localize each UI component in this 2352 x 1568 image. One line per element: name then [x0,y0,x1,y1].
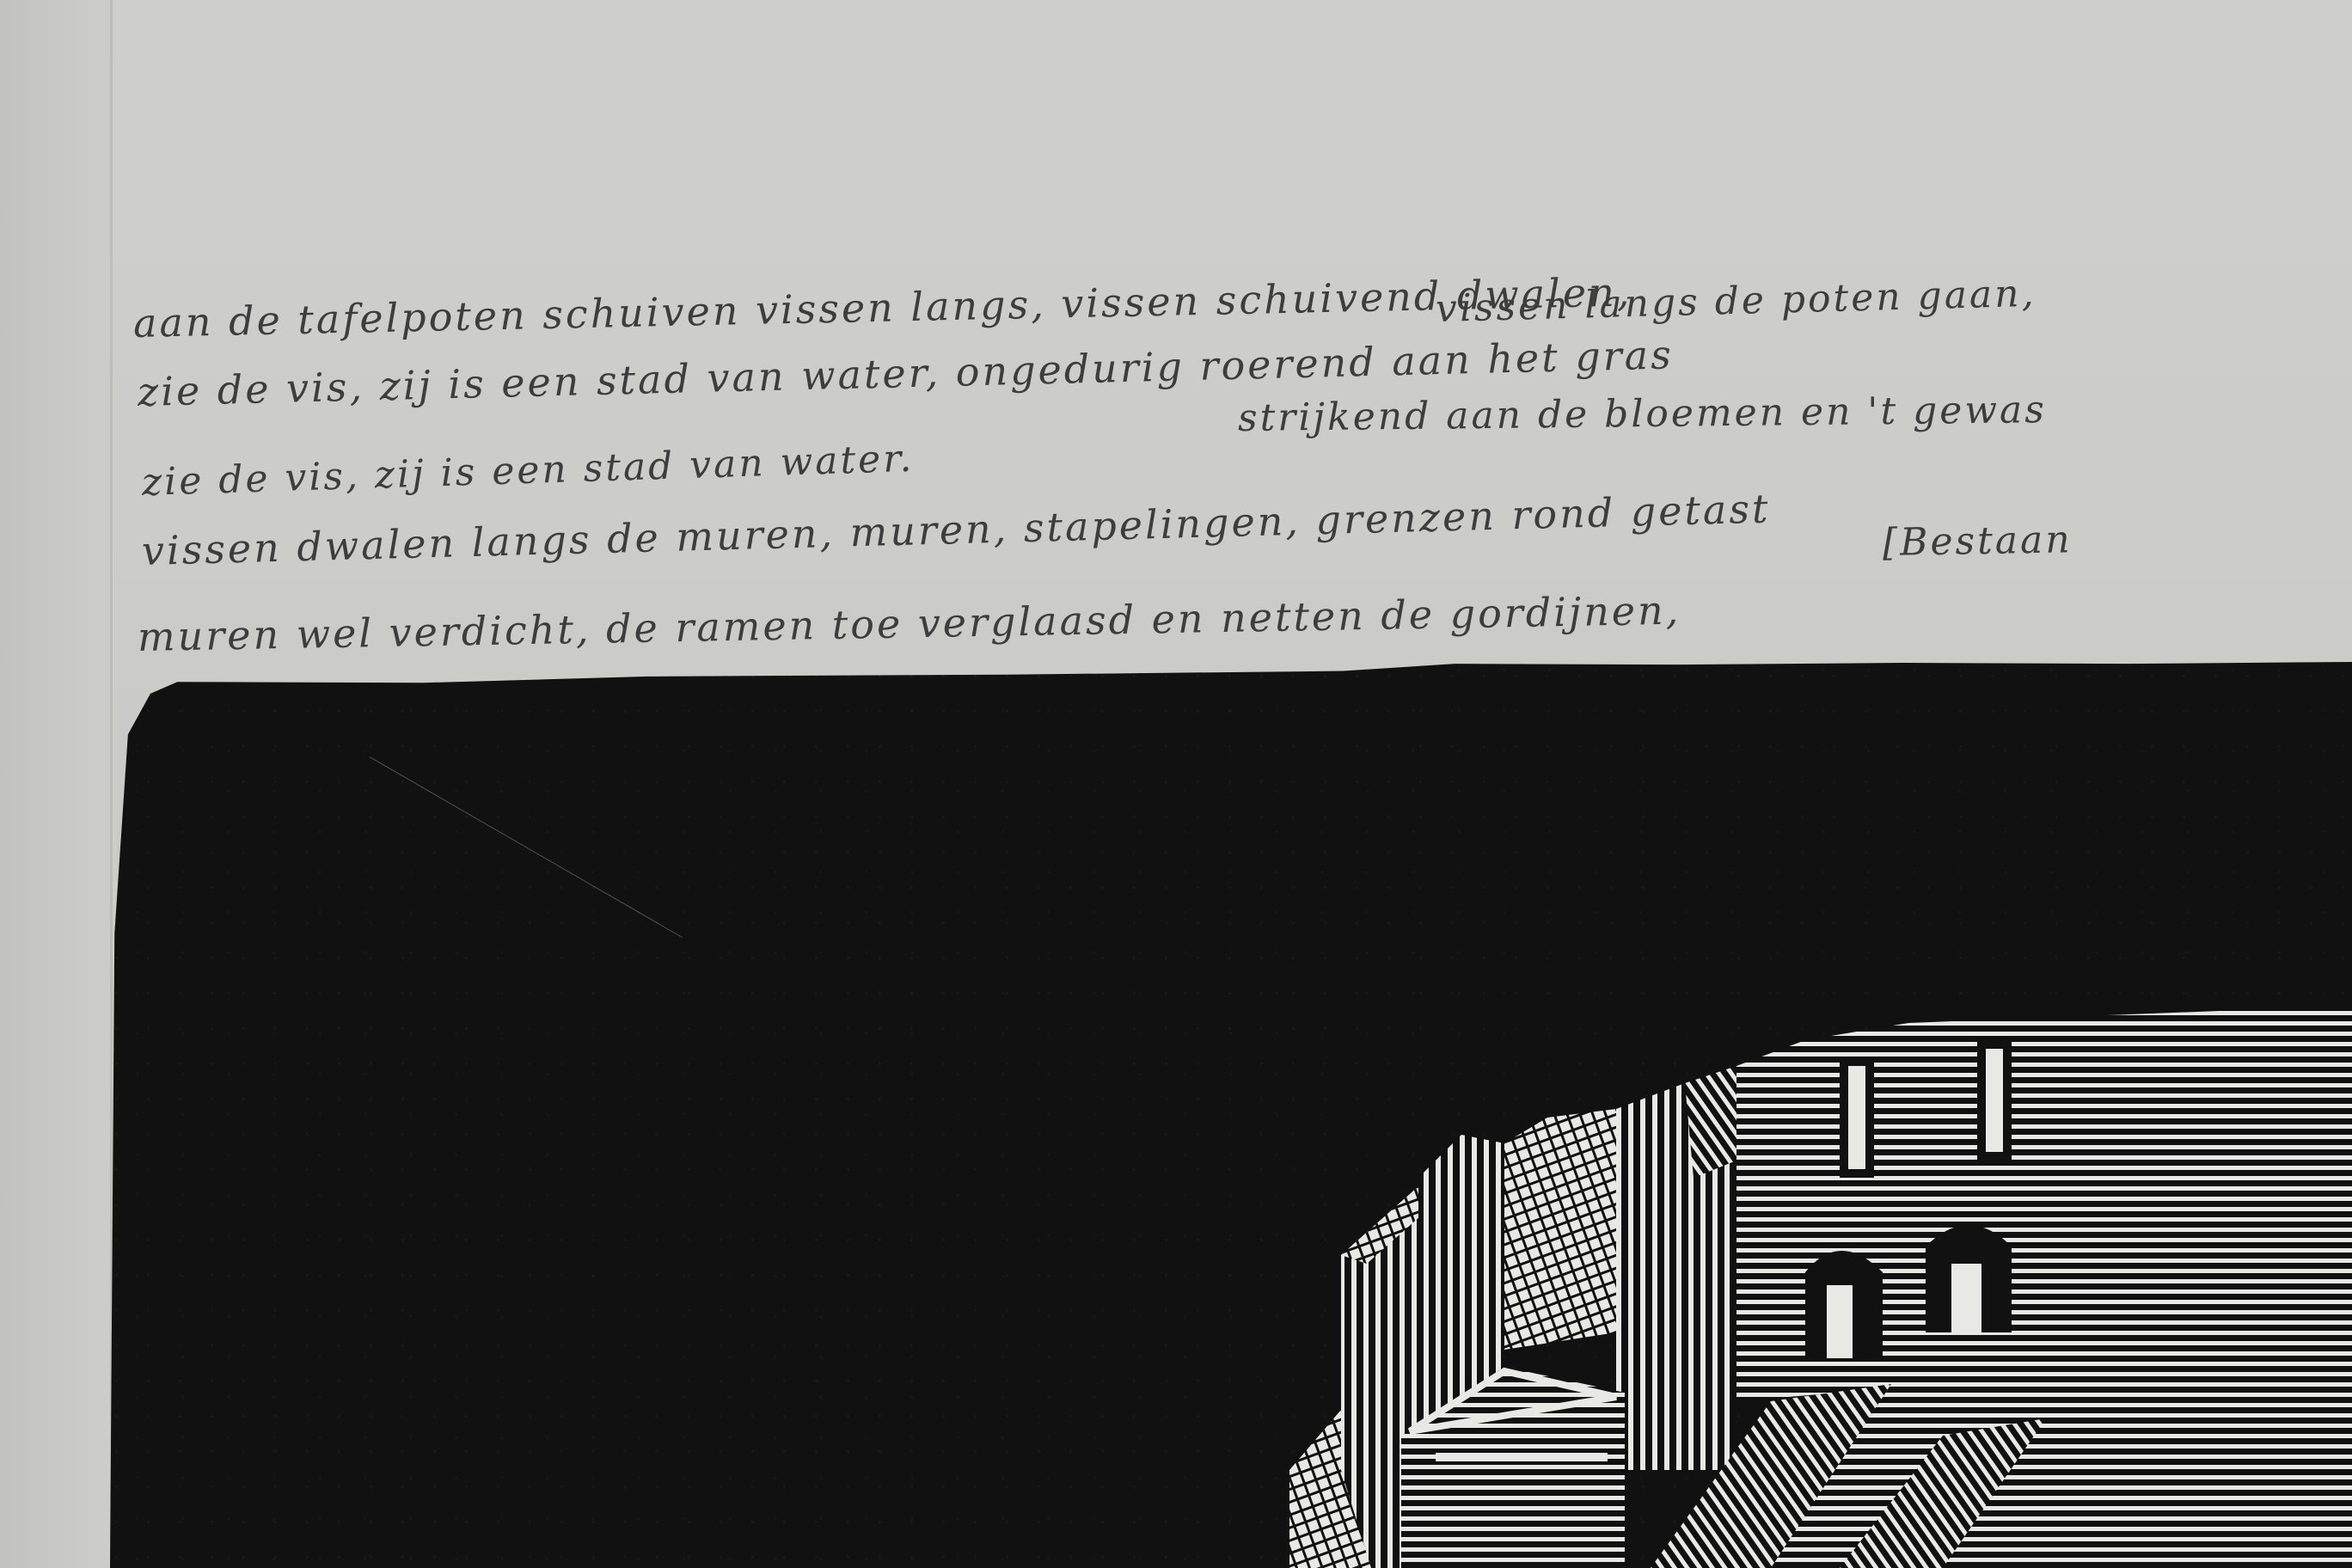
poem-line-1: aan de tafelpoten schuiven vissen langs,… [132,268,1632,346]
handwritten-poem: aan de tafelpoten schuiven vissen langs,… [0,0,2352,705]
poem-line-5: zie de vis, zij is een stad van water. [141,437,915,505]
poem-line-7: [Bestaan [1883,518,2073,565]
poem-line-4: strijkend aan de bloemen en 't gewas [1238,388,2047,440]
poem-line-6: vissen dwalen langs de muren, muren, sta… [141,485,1771,574]
poem-line-8: muren wel verdicht, de ramen toe verglaa… [138,587,1681,660]
building-etching-icon [1289,989,2352,1568]
